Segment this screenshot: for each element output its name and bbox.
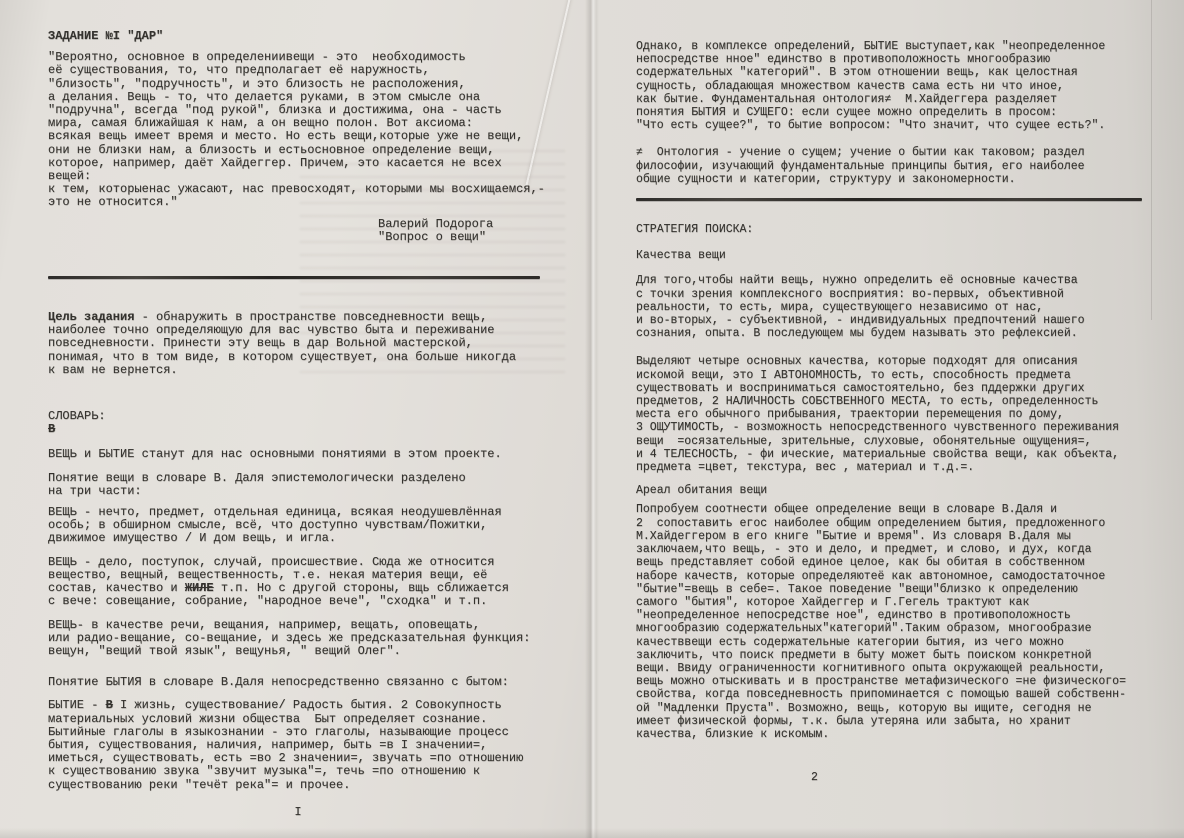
podoroga-quote: "Вероятно, основное в определениивещи - … (48, 51, 548, 209)
areal-heading: Ареал обитания вещи (636, 484, 1148, 497)
qualities-paragraph: Для того,чтобы найти вещь, нужно определ… (636, 274, 1148, 340)
bytie-complex-paragraph: Однако, в комплексе определений, БЫТИЕ в… (636, 40, 1148, 132)
page-number-1: I (48, 806, 548, 819)
divider-line-1 (48, 276, 540, 279)
divider-line-2 (636, 198, 1142, 201)
vesh-definition-2: ВЕЩЬ - дело, поступок, случай, происшест… (48, 556, 548, 609)
project-intro: ВЕЩЬ и БЫТИЕ станут для нас основными по… (48, 448, 548, 461)
dal-intro: Понятие вещи в словаре В. Даля эпистемол… (48, 472, 548, 498)
page-2-content: Однако, в комплексе определений, БЫТИЕ в… (592, 0, 1148, 784)
dictionary-struck-char: В (48, 422, 55, 436)
assignment-title: ЗАДАНИЕ №I "ДАР" (48, 30, 548, 43)
bytie-post: I жизнь, существование/ Радость бытия. 2… (48, 698, 523, 791)
vesh-2-struck: ЖИЛЕ (185, 581, 214, 595)
areal-paragraph: Попробуем соотнести общее определение ве… (636, 503, 1148, 741)
scanned-document: ЗАДАНИЕ №I "ДАР" "Вероятно, основное в о… (0, 0, 1184, 838)
vesh-definition-3: ВЕЩЬ- в качестве речи, вещания, например… (48, 619, 548, 659)
vesh-definition-1: ВЕЩЬ - нечто, предмет, отдельная единица… (48, 506, 548, 546)
bytie-struck: В (106, 698, 113, 712)
four-qualities-paragraph: Выделяют четыре основных качества, котор… (636, 355, 1148, 474)
goal-lead: Цель задания (48, 310, 134, 324)
page-number-2: 2 (811, 771, 1148, 784)
bytie-pre: БЫТИЕ - (48, 698, 106, 712)
page-1-content: ЗАДАНИЕ №I "ДАР" "Вероятно, основное в о… (0, 0, 548, 819)
quote-attribution: Валерий Подорога "Вопрос о вещи" (378, 218, 548, 244)
qualities-heading: Качества вещи (636, 249, 1148, 262)
dictionary-heading: СЛОВАРЬ: В (48, 410, 548, 436)
bytie-definition: БЫТИЕ - В I жизнь, существование/ Радост… (48, 699, 548, 791)
page-2: Однако, в комплексе определений, БЫТИЕ в… (592, 0, 1184, 838)
page-1: ЗАДАНИЕ №I "ДАР" "Вероятно, основное в о… (0, 0, 592, 838)
goal-paragraph: Цель задания - обнаружить в пространстве… (48, 311, 548, 377)
ontology-footnote: ≠ Онтология - учение о сущем; учение о б… (636, 146, 1148, 186)
dictionary-heading-text: СЛОВАРЬ: (48, 409, 106, 423)
bytie-intro: Понятие БЫТИЯ в словаре В.Даля непосредс… (48, 676, 548, 689)
strategy-heading: СТРАТЕГИЯ ПОИСКА: (636, 223, 1148, 236)
